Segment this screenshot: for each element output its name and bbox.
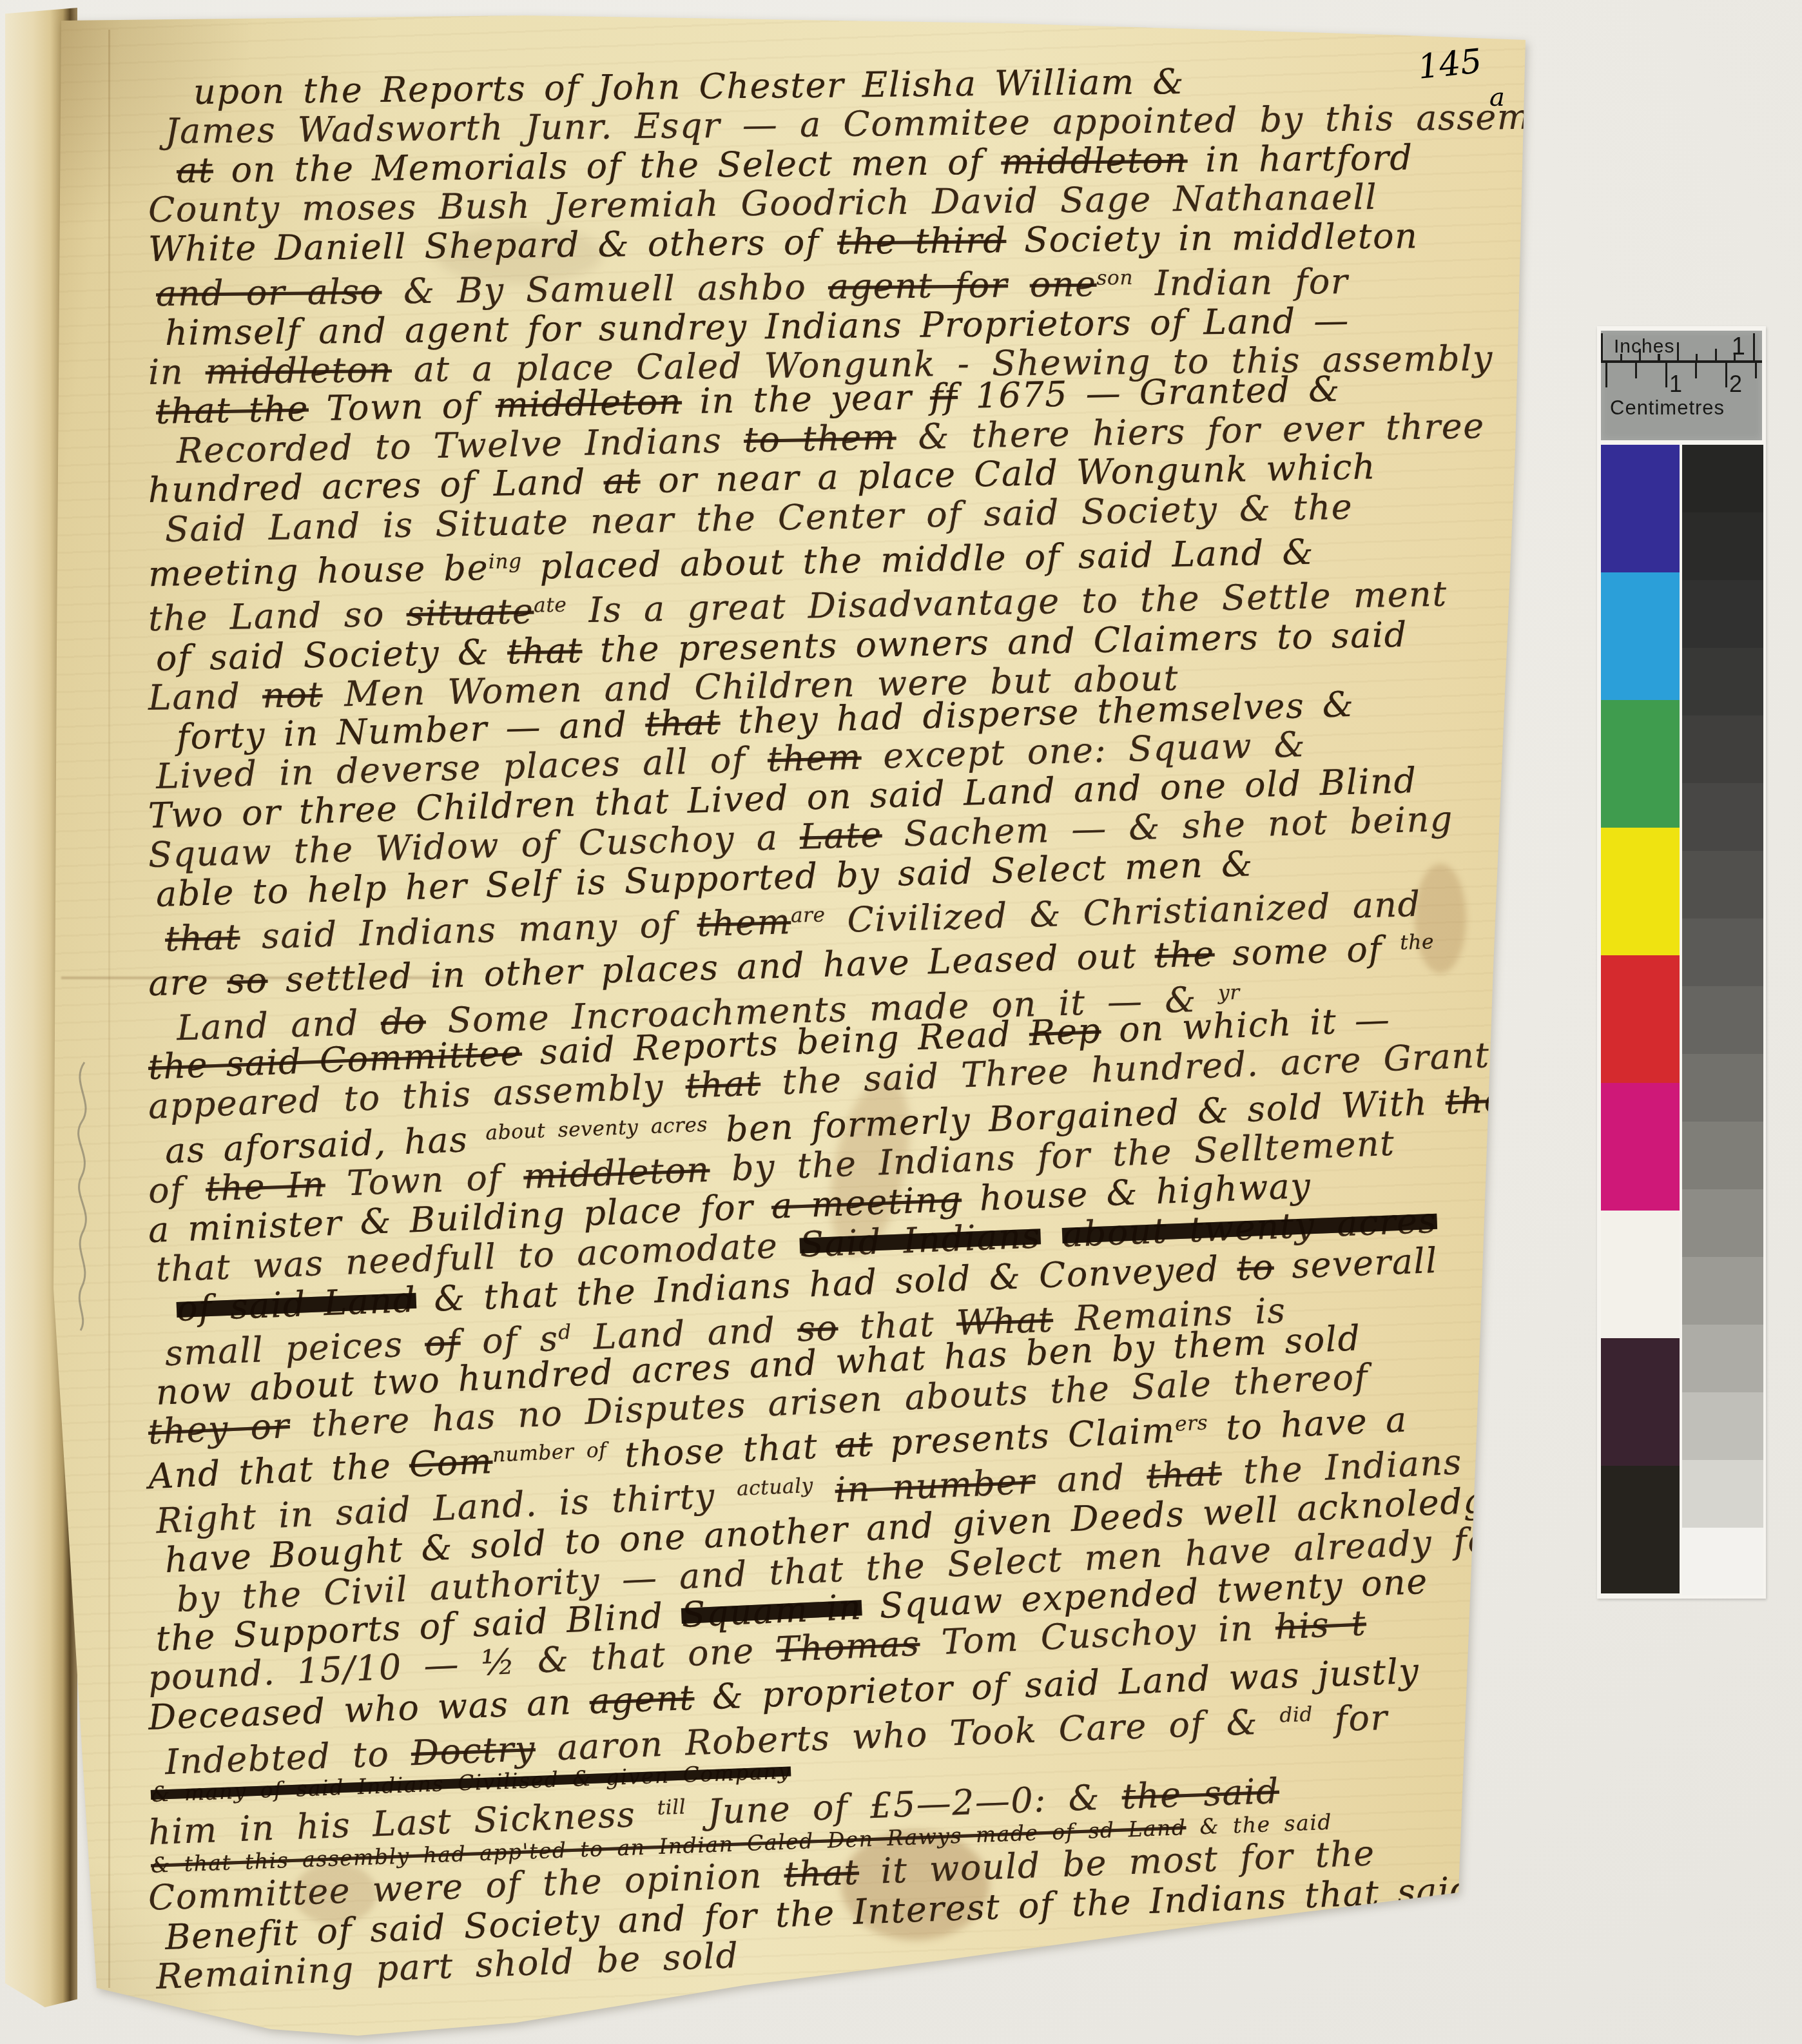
grayscale-step-11 — [1682, 1122, 1763, 1189]
grayscale-step-14 — [1682, 1325, 1763, 1392]
manuscript-lines: upon the Reports of John Chester Elisha … — [148, 72, 1489, 1996]
grayscale-step-17 — [1682, 1528, 1763, 1595]
grayscale-step-7 — [1682, 851, 1763, 919]
grayscale-step-2 — [1682, 512, 1763, 580]
color-patch-red — [1601, 955, 1680, 1083]
ruler-card: Inches 1 1 2 Centimetres — [1601, 331, 1762, 440]
grayscale-step-6 — [1682, 783, 1763, 851]
centimetres-label: Centimetres — [1610, 396, 1725, 420]
grayscale-step-3 — [1682, 580, 1763, 648]
grayscale-step-16 — [1682, 1460, 1763, 1528]
grayscale-step-1 — [1682, 445, 1763, 512]
color-patch-green — [1601, 700, 1680, 828]
cm-numeral-1: 1 — [1669, 371, 1682, 398]
color-patch-black — [1601, 1466, 1680, 1593]
grayscale-step-8 — [1682, 919, 1763, 986]
grayscale-column — [1682, 445, 1763, 1595]
photo-backdrop: { "manuscript": { "page_number": "145", … — [0, 0, 1802, 2044]
grayscale-step-15 — [1682, 1392, 1763, 1460]
grayscale-step-5 — [1682, 715, 1763, 783]
manuscript-page: 145 a upon the Reports of John Chester E… — [35, 13, 1531, 2043]
cm-numeral-2: 2 — [1729, 371, 1742, 398]
grayscale-step-13 — [1682, 1257, 1763, 1325]
inch-ticks-whole — [1601, 333, 1762, 360]
fold-crease-vertical — [108, 30, 110, 1988]
grayscale-step-4 — [1682, 648, 1763, 715]
color-patch-dark-plum — [1601, 1338, 1680, 1466]
color-patch-dark-blue — [1601, 445, 1680, 572]
color-patch-cyan — [1601, 572, 1680, 700]
grayscale-step-12 — [1682, 1189, 1763, 1257]
color-patch-white — [1601, 1211, 1680, 1338]
color-patch-magenta — [1601, 1083, 1680, 1211]
grayscale-step-10 — [1682, 1054, 1763, 1122]
color-patch-yellow — [1601, 828, 1680, 955]
grayscale-step-9 — [1682, 986, 1763, 1054]
color-column — [1601, 445, 1680, 1593]
pencil-inscription — [63, 1057, 104, 1334]
